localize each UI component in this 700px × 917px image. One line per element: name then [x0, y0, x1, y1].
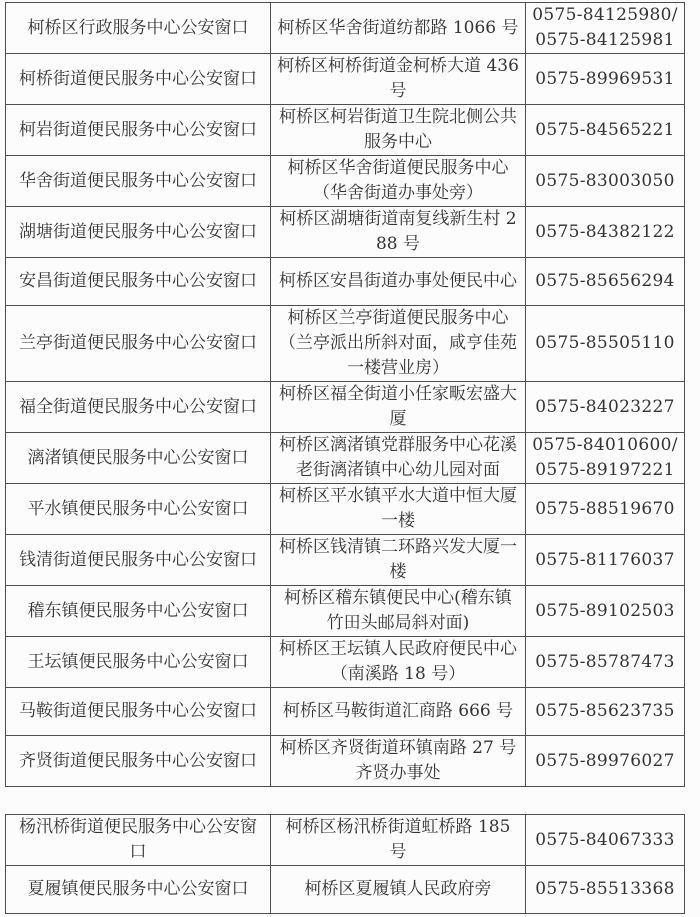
- address-cell: 柯桥区王坛镇人民政府便民中心（南溪路 18 号）: [271, 637, 526, 688]
- table-row: 齐贤街道便民服务中心公安窗口 柯桥区齐贤街道环镇南路 27 号齐贤办事处 057…: [6, 736, 685, 787]
- window-name-cell: 湖塘街道便民服务中心公安窗口: [6, 207, 271, 258]
- table-row: 柯桥区行政服务中心公安窗口 柯桥区华舍街道纺都路 1066 号 0575-841…: [6, 3, 685, 54]
- window-name-cell: 夏履镇便民服务中心公安窗口: [6, 866, 271, 914]
- table-row: 平水镇便民服务中心公安窗口 柯桥区平水镇平水大道中恒大厦一楼 0575-8851…: [6, 484, 685, 535]
- window-name-cell: 稽东镇便民服务中心公安窗口: [6, 586, 271, 637]
- table-row: 柯桥街道便民服务中心公安窗口 柯桥区柯桥街道金柯桥大道 436 号 0575-8…: [6, 54, 685, 105]
- table-row: 漓渚镇便民服务中心公安窗口 柯桥区漓渚镇党群服务中心花溪老街漓渚镇中心幼儿园对面…: [6, 433, 685, 484]
- table-row: 福全街道便民服务中心公安窗口 柯桥区福全街道小任家畈宏盛大厦 0575-8402…: [6, 382, 685, 433]
- address-cell: 柯桥区福全街道小任家畈宏盛大厦: [271, 382, 526, 433]
- table-row: 安昌街道便民服务中心公安窗口 柯桥区安昌街道办事处便民中心 0575-85656…: [6, 258, 685, 306]
- service-windows-table-secondary: 杨汛桥街道便民服务中心公安窗口 柯桥区杨汛桥街道虹桥路 185 号 0575-8…: [5, 814, 685, 914]
- phone-cell: 0575-88519670: [526, 484, 685, 535]
- table-row: 马鞍街道便民服务中心公安窗口 柯桥区马鞍街道汇商路 666 号 0575-856…: [6, 688, 685, 736]
- phone-cell: 0575-89102503: [526, 586, 685, 637]
- address-cell: 柯桥区柯桥街道金柯桥大道 436 号: [271, 54, 526, 105]
- address-cell: 柯桥区稽东镇便民中心(稽东镇竹田头邮局斜对面): [271, 586, 526, 637]
- phone-cell: 0575-84067333: [526, 815, 685, 866]
- address-cell: 柯桥区安昌街道办事处便民中心: [271, 258, 526, 306]
- window-name-cell: 福全街道便民服务中心公安窗口: [6, 382, 271, 433]
- address-cell: 柯桥区平水镇平水大道中恒大厦一楼: [271, 484, 526, 535]
- table-row: 夏履镇便民服务中心公安窗口 柯桥区夏履镇人民政府旁 0575-85513368: [6, 866, 685, 914]
- address-cell: 柯桥区漓渚镇党群服务中心花溪老街漓渚镇中心幼儿园对面: [271, 433, 526, 484]
- window-name-cell: 王坛镇便民服务中心公安窗口: [6, 637, 271, 688]
- address-cell: 柯桥区柯岩街道卫生院北侧公共服务中心: [271, 105, 526, 156]
- window-name-cell: 钱清街道便民服务中心公安窗口: [6, 535, 271, 586]
- phone-cell: 0575-85656294: [526, 258, 685, 306]
- table-body: 杨汛桥街道便民服务中心公安窗口 柯桥区杨汛桥街道虹桥路 185 号 0575-8…: [6, 815, 685, 914]
- phone-cell: 0575-84125980/ 0575-84125981: [526, 3, 685, 54]
- address-cell: 柯桥区华舍街道纺都路 1066 号: [271, 3, 526, 54]
- window-name-cell: 柯桥街道便民服务中心公安窗口: [6, 54, 271, 105]
- table-row: 柯岩街道便民服务中心公安窗口 柯桥区柯岩街道卫生院北侧公共服务中心 0575-8…: [6, 105, 685, 156]
- table-body: 柯桥区行政服务中心公安窗口 柯桥区华舍街道纺都路 1066 号 0575-841…: [6, 3, 685, 787]
- address-cell: 柯桥区华舍街道便民服务中心（华舍街道办事处旁）: [271, 156, 526, 207]
- window-name-cell: 柯岩街道便民服务中心公安窗口: [6, 105, 271, 156]
- phone-cell: 0575-85623735: [526, 688, 685, 736]
- phone-cell: 0575-83003050: [526, 156, 685, 207]
- phone-cell: 0575-84382122: [526, 207, 685, 258]
- phone-cell: 0575-89976027: [526, 736, 685, 787]
- address-cell: 柯桥区兰亭街道便民服务中心（兰亭派出所斜对面，咸亨佳苑一楼营业房）: [271, 306, 526, 382]
- phone-cell: 0575-85505110: [526, 306, 685, 382]
- phone-cell: 0575-81176037: [526, 535, 685, 586]
- phone-cell: 0575-84565221: [526, 105, 685, 156]
- window-name-cell: 杨汛桥街道便民服务中心公安窗口: [6, 815, 271, 866]
- table-row: 钱清街道便民服务中心公安窗口 柯桥区钱清镇二环路兴发大厦一楼 0575-8117…: [6, 535, 685, 586]
- address-cell: 柯桥区马鞍街道汇商路 666 号: [271, 688, 526, 736]
- table-row: 杨汛桥街道便民服务中心公安窗口 柯桥区杨汛桥街道虹桥路 185 号 0575-8…: [6, 815, 685, 866]
- window-name-cell: 安昌街道便民服务中心公安窗口: [6, 258, 271, 306]
- address-cell: 柯桥区齐贤街道环镇南路 27 号齐贤办事处: [271, 736, 526, 787]
- table-row: 华舍街道便民服务中心公安窗口 柯桥区华舍街道便民服务中心（华舍街道办事处旁） 0…: [6, 156, 685, 207]
- phone-cell: 0575-84010600/ 0575-89197221: [526, 433, 685, 484]
- address-cell: 柯桥区湖塘街道南复线新生村 288 号: [271, 207, 526, 258]
- window-name-cell: 华舍街道便民服务中心公安窗口: [6, 156, 271, 207]
- phone-cell: 0575-85513368: [526, 866, 685, 914]
- window-name-cell: 漓渚镇便民服务中心公安窗口: [6, 433, 271, 484]
- address-cell: 柯桥区杨汛桥街道虹桥路 185 号: [271, 815, 526, 866]
- window-name-cell: 齐贤街道便民服务中心公安窗口: [6, 736, 271, 787]
- document-page: 柯桥区行政服务中心公安窗口 柯桥区华舍街道纺都路 1066 号 0575-841…: [0, 0, 700, 917]
- window-name-cell: 马鞍街道便民服务中心公安窗口: [6, 688, 271, 736]
- address-cell: 柯桥区夏履镇人民政府旁: [271, 866, 526, 914]
- service-windows-table-main: 柯桥区行政服务中心公安窗口 柯桥区华舍街道纺都路 1066 号 0575-841…: [5, 2, 685, 787]
- phone-cell: 0575-84023227: [526, 382, 685, 433]
- table-row: 湖塘街道便民服务中心公安窗口 柯桥区湖塘街道南复线新生村 288 号 0575-…: [6, 207, 685, 258]
- table-row: 兰亭街道便民服务中心公安窗口 柯桥区兰亭街道便民服务中心（兰亭派出所斜对面，咸亨…: [6, 306, 685, 382]
- window-name-cell: 平水镇便民服务中心公安窗口: [6, 484, 271, 535]
- address-cell: 柯桥区钱清镇二环路兴发大厦一楼: [271, 535, 526, 586]
- phone-cell: 0575-85787473: [526, 637, 685, 688]
- phone-cell: 0575-89969531: [526, 54, 685, 105]
- table-row: 稽东镇便民服务中心公安窗口 柯桥区稽东镇便民中心(稽东镇竹田头邮局斜对面) 05…: [6, 586, 685, 637]
- table-row: 王坛镇便民服务中心公安窗口 柯桥区王坛镇人民政府便民中心（南溪路 18 号） 0…: [6, 637, 685, 688]
- window-name-cell: 柯桥区行政服务中心公安窗口: [6, 3, 271, 54]
- window-name-cell: 兰亭街道便民服务中心公安窗口: [6, 306, 271, 382]
